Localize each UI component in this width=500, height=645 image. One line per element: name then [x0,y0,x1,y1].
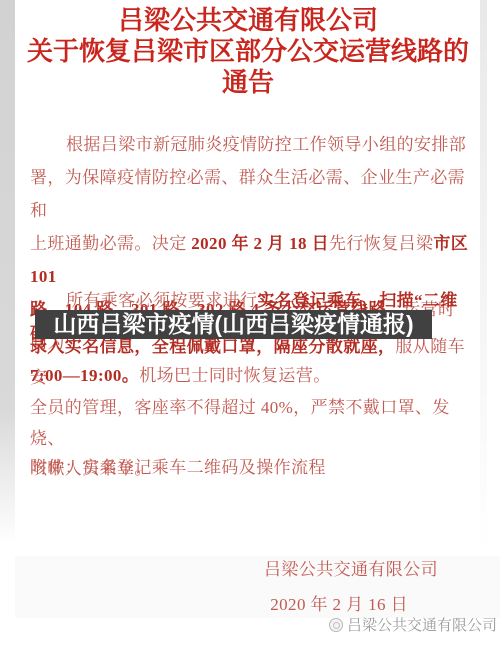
body-text: 先行恢复吕梁 [329,234,433,253]
body-text-emphasis: 2020 年 2 月 18 日 [191,234,329,253]
body-line: 署，为保障疫情防控必需、群众生活必需、企业生产必需和 [30,161,472,227]
notice-title: 吕梁公共交通有限公司 关于恢复吕梁市区部分公交运营线路的 通告 [16,5,480,98]
title-line-notice: 通告 [16,67,480,98]
body-text: 署，为保障疫情防控必需、群众生活必需、企业生产必需和 [30,168,465,220]
page-right-edge [480,0,487,600]
headline-overlay-text: 山西吕梁市疫情(山西吕梁疫情通报) [53,311,413,337]
headline-overlay-bar: 山西吕梁市疫情(山西吕梁疫情通报) [35,310,432,339]
body-text: 根据吕梁市新冠肺炎疫情防控工作领导小组的安排部 [66,135,466,154]
notice-image: 吕梁公共交通有限公司 关于恢复吕梁市区部分公交运营线路的 通告 根据吕梁市新冠肺… [0,0,500,645]
attachment-line: 附件：实名登记乘车二维码及操作流程 [30,451,472,484]
body-line: 全员的管理，客座率不得超过 40%，严禁不戴口罩、发烧、 [30,393,472,454]
body-line: 附件：实名登记乘车二维码及操作流程 [30,451,472,484]
body-text-emphasis: 录入实名信息，全程佩戴口罩，隔座分散就座， [30,337,395,356]
title-line-subject: 关于恢复吕梁市区部分公交运营线路的 [16,36,480,67]
company-logo-icon [329,618,343,632]
body-text: 全员的管理，客座率不得超过 40%，严禁不戴口罩、发烧、 [30,398,450,448]
title-line-company: 吕梁公共交通有限公司 [16,5,480,36]
watermark: 吕梁公共交通有限公司 [329,614,497,635]
body-line: 录入实名信息，全程佩戴口罩，隔座分散就座，服从随车安 [30,332,472,393]
attachment-text: 附件：实名登记乘车二维码及操作流程 [30,458,326,477]
watermark-label: 吕梁公共交通有限公司 [347,614,497,635]
page-left-edge [0,0,15,545]
body-text: 所有乘客必须按要求进行 [66,291,257,310]
signature-company: 吕梁公共交通有限公司 [264,553,438,586]
body-line: 根据吕梁市新冠肺炎疫情防控工作领导小组的安排部 [30,128,472,161]
body-text: 上班通勤必需。决定 [30,234,191,253]
